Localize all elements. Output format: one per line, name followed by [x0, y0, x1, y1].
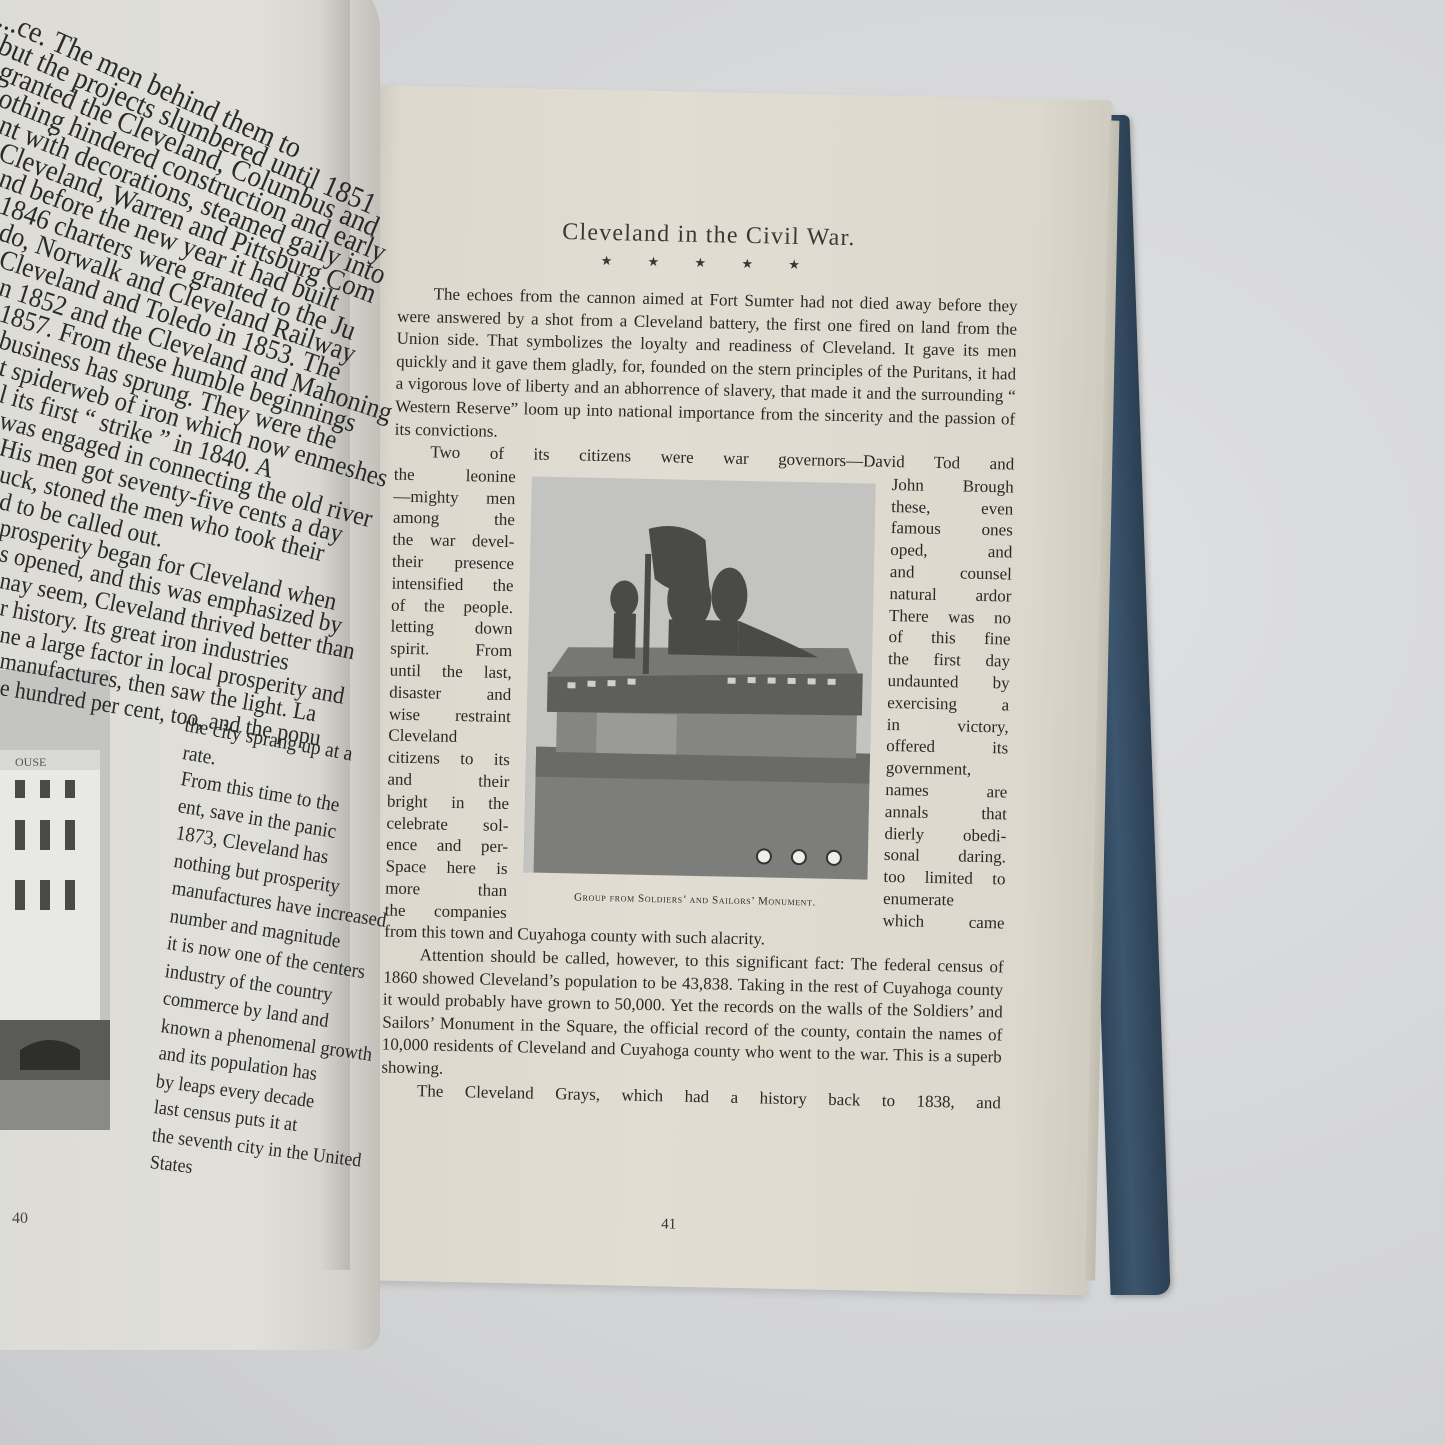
wrap-right-line: of this fine — [888, 626, 1010, 650]
wrap-right-line: which came — [882, 910, 1004, 934]
page-number-left: 40 — [12, 1210, 28, 1228]
wrap-right-line: There was no — [889, 605, 1011, 629]
wrap-right-line: offered its — [886, 735, 1008, 759]
wrap-left-line: ence and per- — [386, 834, 508, 858]
wrap-left-line: bright in the — [387, 790, 509, 814]
wrap-right-line: too limited to — [883, 866, 1005, 890]
paragraph-census: Attention should be called, however, to … — [381, 944, 1004, 1093]
wrap-right-column: John Broughthese, evenfamous onesoped, a… — [882, 474, 1014, 934]
wrap-right-line: and counsel — [890, 561, 1012, 585]
wrap-right-line: dierly obedi- — [884, 822, 1006, 846]
left-page-line: rate. — [181, 740, 218, 770]
gutter-shadow — [320, 0, 350, 1270]
wrap-right-line: oped, and — [890, 539, 1012, 563]
wrap-left-line: spirit. From — [390, 638, 512, 662]
wrap-right-line: exercising a — [887, 692, 1009, 716]
figure-caption: Group from Soldiers’ and Sailors’ Monume… — [574, 891, 816, 908]
wrap-right-line: famous ones — [891, 517, 1013, 541]
monument-illustration — [524, 476, 876, 879]
wrap-right-line: John Brough — [892, 474, 1014, 498]
wrap-left-line: the war devel- — [392, 529, 514, 553]
wrap-left-line: the companies — [384, 899, 506, 923]
wrap-left-line: more than — [385, 877, 507, 901]
wrap-right-line: undaunted by — [887, 670, 1009, 694]
wrap-left-column: the leonine—mighty menamong thethe war d… — [384, 463, 516, 923]
wrap-left-line: Space here is — [385, 856, 507, 880]
wrap-left-line: and their — [387, 768, 509, 792]
wrap-left-line: wise restraint — [389, 703, 511, 727]
wrap-left-line: of the people. — [391, 594, 513, 618]
wrap-left-line: intensified the — [391, 572, 513, 596]
wrap-left-line: citizens to its — [388, 747, 510, 771]
left-page: OUSE ...ce. The men behind them tobut th… — [0, 0, 380, 1350]
wrap-right-line: names are — [885, 779, 1007, 803]
right-page-content: Cleveland in the Civil War. ★ ★ ★ ★ ★ Th… — [381, 216, 1019, 1115]
wrap-left-line: their presence — [392, 551, 514, 575]
text-wrap-around-figure: the leonine—mighty menamong thethe war d… — [384, 463, 1013, 934]
wrap-left-line: among the — [393, 507, 515, 531]
wrap-right-line: enumerate — [883, 888, 1005, 912]
wrap-right-line: the first day — [888, 648, 1010, 672]
wrap-left-line: the leonine — [394, 463, 516, 487]
wrap-left-line: until the last, — [390, 659, 512, 683]
wrap-right-line: in victory, — [886, 713, 1008, 737]
wrap-left-line: celebrate sol- — [386, 812, 508, 836]
relief-panel — [596, 713, 677, 755]
wrap-left-line: disaster and — [389, 681, 511, 705]
wrap-right-line: natural ardor — [889, 583, 1011, 607]
monument-photo — [524, 476, 876, 879]
wrap-right-line: these, even — [891, 496, 1013, 520]
right-page: Cleveland in the Civil War. ★ ★ ★ ★ ★ Th… — [345, 85, 1112, 1295]
wrap-right-line: sonal daring. — [884, 844, 1006, 868]
paragraph-fort-sumter: The echoes from the cannon aimed at Fort… — [395, 283, 1018, 454]
wrap-left-line: letting down — [390, 616, 512, 640]
wrap-right-line: government, — [886, 757, 1008, 781]
wrap-left-line: Cleveland — [388, 725, 510, 749]
wrap-left-line: —mighty men — [393, 485, 515, 509]
page-number-right: 41 — [661, 1216, 676, 1233]
left-page-line: States — [148, 1152, 193, 1179]
wrap-right-line: annals that — [885, 801, 1007, 825]
monument-figure: Group from Soldiers’ and Sailors’ Monume… — [521, 466, 877, 931]
